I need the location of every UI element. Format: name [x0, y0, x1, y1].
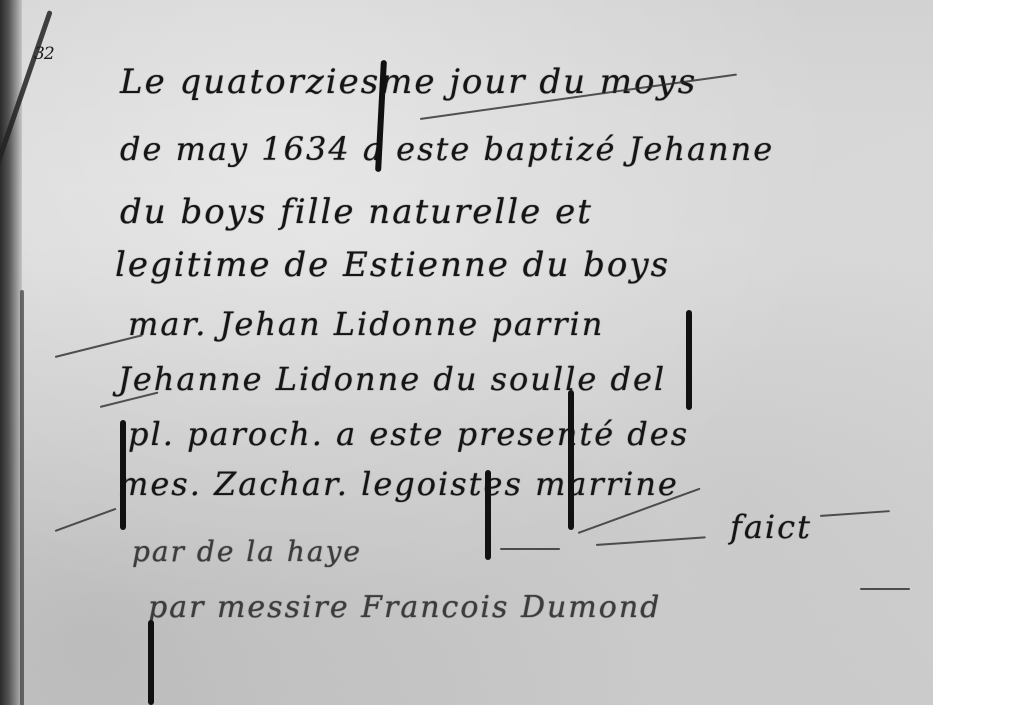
- ink-ascender: [568, 390, 574, 530]
- folio-number: 32: [34, 44, 54, 64]
- pen-stroke: [596, 536, 706, 546]
- manuscript-line-8: mes. Zachar. legoistes marrine: [118, 465, 679, 503]
- ink-ascender: [148, 620, 154, 705]
- manuscript-line-5: mar. Jehan Lidonne parrin: [128, 305, 604, 343]
- manuscript-line-signature: par messire Francois Dumond: [148, 590, 661, 625]
- manuscript-line-1: Le quatorziesme jour du moys: [120, 62, 697, 102]
- ink-ascender: [686, 310, 692, 410]
- manuscript-word-faict: faict: [730, 508, 812, 546]
- manuscript-line-7: pl. paroch. a este presenté des: [128, 415, 689, 453]
- manuscript-line-9: par de la haye: [132, 535, 362, 568]
- margin-rule-lower: [20, 290, 24, 705]
- manuscript-line-4: legitime de Estienne du boys: [115, 245, 670, 285]
- pen-stroke: [500, 548, 560, 550]
- manuscript-line-3: du boys fille naturelle et: [120, 192, 593, 232]
- manuscript-line-2: de may 1634 a este baptizé Jehanne: [120, 130, 774, 168]
- ink-ascender: [120, 420, 126, 530]
- pen-stroke: [55, 334, 143, 358]
- pen-stroke: [55, 508, 117, 532]
- manuscript-page: 32 Le quatorziesme jour du moys de may 1…: [0, 0, 933, 705]
- pen-stroke: [820, 510, 890, 517]
- pen-stroke: [860, 588, 910, 590]
- ink-ascender: [485, 470, 491, 560]
- manuscript-line-6: Jehanne Lidonne du soulle del: [118, 360, 666, 398]
